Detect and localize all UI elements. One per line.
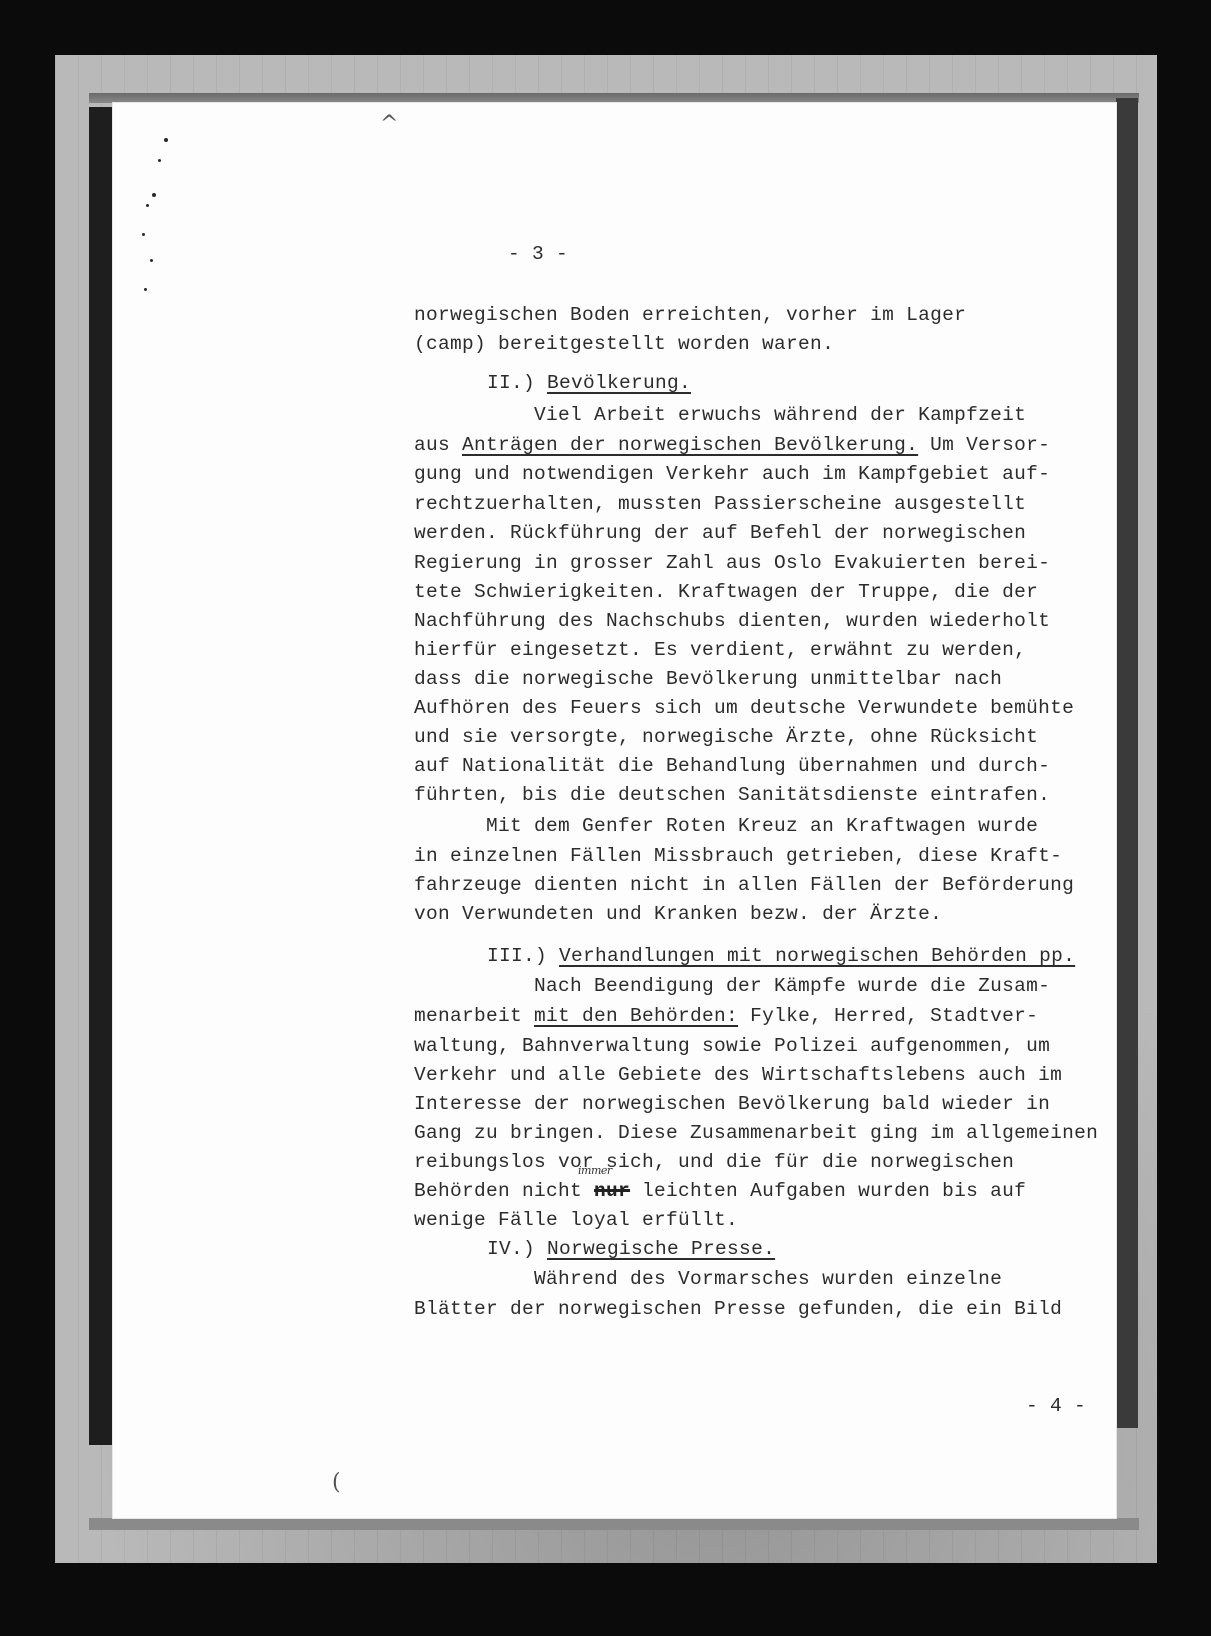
body-line: Interesse der norwegischen Bevölkerung b…: [414, 1093, 1050, 1115]
body-line: waltung, Bahnverwaltung sowie Polizei au…: [414, 1035, 1050, 1057]
section-2-title: Bevölkerung.: [547, 372, 691, 394]
section-2-heading: II.) Bevölkerung.: [487, 372, 691, 394]
body-line: fahrzeuge dienten nicht in allen Fällen …: [414, 874, 1074, 896]
microfilm-frame: ^ ( - 3 - norwegischen Boden erreichten,…: [0, 0, 1211, 1636]
body-line: von Verwundeten und Kranken bezw. der Är…: [414, 903, 942, 925]
underlined-phrase: mit den Behörden:: [534, 1005, 738, 1027]
section-4-heading: IV.) Norwegische Presse.: [487, 1238, 775, 1260]
body-line: rechtzuerhalten, mussten Passierscheine …: [414, 493, 1026, 515]
body-line: Blätter der norwegischen Presse gefunden…: [414, 1298, 1062, 1320]
section-3-heading: III.) Verhandlungen mit norwegischen Beh…: [487, 945, 1075, 967]
section-2-numeral: II.): [487, 372, 535, 394]
body-line: Aufhören des Feuers sich um deutsche Ver…: [414, 697, 1074, 719]
body-line: Regierung in grosser Zahl aus Oslo Evaku…: [414, 552, 1050, 574]
struck-word: nur: [594, 1180, 630, 1202]
body-line: reibungslos vor sich, und die für die no…: [414, 1151, 1014, 1173]
body-line: wenige Fälle loyal erfüllt.: [414, 1209, 738, 1231]
body-line: in einzelnen Fällen Missbrauch getrieben…: [414, 845, 1062, 867]
handwritten-insertion: immer: [578, 1164, 612, 1177]
body-line: Nachführung des Nachschubs dienten, wurd…: [414, 610, 1050, 632]
body-line: hierfür eingesetzt. Es verdient, erwähnt…: [414, 639, 1026, 661]
body-line: Mit dem Genfer Roten Kreuz an Kraftwagen…: [414, 815, 1038, 837]
body-line: dass die norwegische Bevölkerung unmitte…: [414, 668, 1002, 690]
body-line: gung und notwendigen Verkehr auch im Kam…: [414, 463, 1050, 485]
body-line-underlined: menarbeit mit den Behörden: Fylke, Herre…: [414, 1005, 1038, 1027]
section-4-numeral: IV.): [487, 1238, 535, 1260]
page-number-top: - 3 -: [508, 243, 568, 265]
document-text: - 3 - norwegischen Boden erreichten, vor…: [0, 0, 1211, 1636]
body-line: führten, bis die deutschen Sanitätsdiens…: [414, 784, 1050, 806]
section-4-title: Norwegische Presse.: [547, 1238, 775, 1260]
section-3-numeral: III.): [487, 945, 547, 967]
body-line: Während des Vormarsches wurden einzelne: [414, 1268, 1002, 1290]
body-line: Nach Beendigung der Kämpfe wurde die Zus…: [414, 975, 1050, 997]
body-line: Gang zu bringen. Diese Zusammenarbeit gi…: [414, 1122, 1098, 1144]
body-line: Verkehr und alle Gebiete des Wirtschafts…: [414, 1064, 1062, 1086]
body-line: werden. Rückführung der auf Befehl der n…: [414, 522, 1026, 544]
body-line-underlined: aus Anträgen der norwegischen Bevölkerun…: [414, 434, 1050, 456]
intro-line-2: (camp) bereitgestellt worden waren.: [414, 333, 834, 355]
intro-line-1: norwegischen Boden erreichten, vorher im…: [414, 304, 966, 326]
section-3-title: Verhandlungen mit norwegischen Behörden …: [559, 945, 1075, 967]
page-number-next: - 4 -: [1026, 1395, 1086, 1417]
body-line: tete Schwierigkeiten. Kraftwagen der Tru…: [414, 581, 1038, 603]
body-line: und sie versorgte, norwegische Ärzte, oh…: [414, 726, 1038, 748]
body-line: auf Nationalität die Behandlung übernahm…: [414, 755, 1050, 777]
underlined-phrase: Anträgen der norwegischen Bevölkerung.: [462, 434, 918, 456]
body-line: Viel Arbeit erwuchs während der Kampfzei…: [414, 404, 1026, 426]
body-line-with-correction: Behörden nicht nur leichten Aufgaben wur…: [414, 1180, 1026, 1202]
